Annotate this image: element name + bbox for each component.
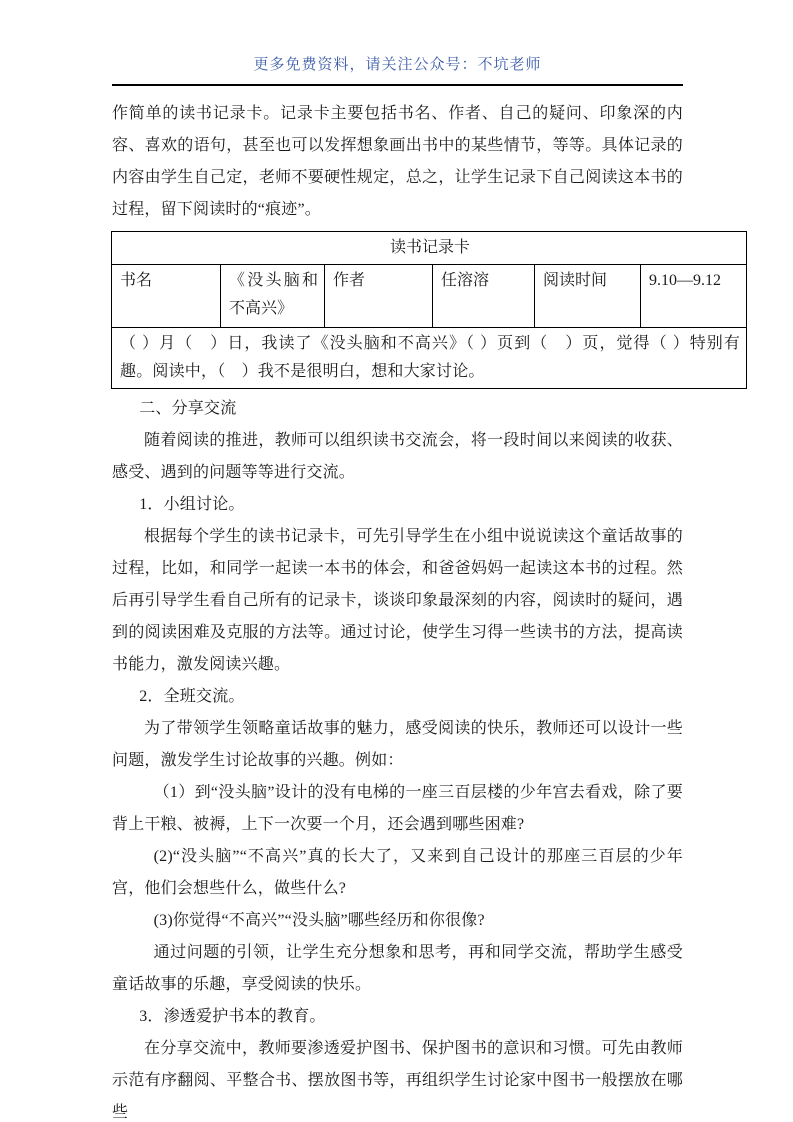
book-value-cell: 《没头脑和不高兴》: [221, 265, 325, 328]
document-page: 更多免费资料，请关注公众号：不坑老师 作简单的读书记录卡。记录卡主要包括书名、作…: [0, 0, 793, 1122]
reading-record-table: 读书记录卡 书名 《没头脑和不高兴》 作者 任溶溶 阅读时间 9.10—9.12…: [111, 231, 747, 389]
author-value-cell: 任溶溶: [433, 265, 535, 328]
paragraph: 通过问题的引领，让学生充分想象和思考，再和同学交流，帮助学生感受童话故事的乐趣，…: [112, 937, 683, 1001]
question-item: (2)“没头脑”“不高兴”真的长大了，又来到自己设计的那座三百层的少年宫，他们会…: [112, 841, 683, 905]
time-value-cell: 9.10—9.12: [641, 265, 747, 328]
paragraph: 为了带领学生领略童话故事的魅力，感受阅读的快乐，教师还可以设计一些问题，激发学生…: [112, 713, 683, 777]
paragraph: 根据每个学生的读书记录卡，可先引导学生在小组中说说读这个童话故事的过程，比如，和…: [112, 521, 683, 681]
table-note-row: （ ）月（ ）日，我读了《没头脑和不高兴》（ ）页到（ ）页，觉得（ ）特别有趣…: [112, 328, 747, 389]
author-label-cell: 作者: [325, 265, 433, 328]
header-rule: [112, 84, 683, 86]
intro-paragraph: 作简单的读书记录卡。记录卡主要包括书名、作者、自己的疑问、印象深的内容、喜欢的语…: [112, 98, 683, 226]
question-item: （1）到“没头脑”设计的没有电梯的一座三百层楼的少年宫去看戏，除了要背上干粮、被…: [112, 777, 683, 841]
table-title: 读书记录卡: [112, 232, 747, 265]
table-title-row: 读书记录卡: [112, 232, 747, 265]
paragraph: 在分享交流中，教师要渗透爱护图书、保护图书的意识和习惯。可先由教师示范有序翻阅、…: [112, 1033, 683, 1122]
paragraph: 随着阅读的推进，教师可以组织读书交流会，将一段时间以来阅读的收获、感受、遇到的问…: [112, 425, 683, 489]
table-note-cell: （ ）月（ ）日，我读了《没头脑和不高兴》（ ）页到（ ）页，觉得（ ）特别有趣…: [112, 328, 747, 389]
list-item-heading: 3．渗透爱护书本的教育。: [112, 1001, 683, 1033]
list-item-heading: 2．全班交流。: [112, 681, 683, 713]
question-item: (3)你觉得“不高兴”“没头脑”哪些经历和你很像?: [112, 905, 683, 937]
document-body: 作简单的读书记录卡。记录卡主要包括书名、作者、自己的疑问、印象深的内容、喜欢的语…: [112, 98, 683, 1122]
list-item-heading: 1．小组讨论。: [112, 489, 683, 521]
time-label-cell: 阅读时间: [535, 265, 641, 328]
section-heading: 二、分享交流: [112, 393, 683, 425]
book-label-cell: 书名: [112, 265, 221, 328]
table-fields-row: 书名 《没头脑和不高兴》 作者 任溶溶 阅读时间 9.10—9.12: [112, 265, 747, 328]
header-notice: 更多免费资料，请关注公众号：不坑老师: [112, 52, 683, 78]
